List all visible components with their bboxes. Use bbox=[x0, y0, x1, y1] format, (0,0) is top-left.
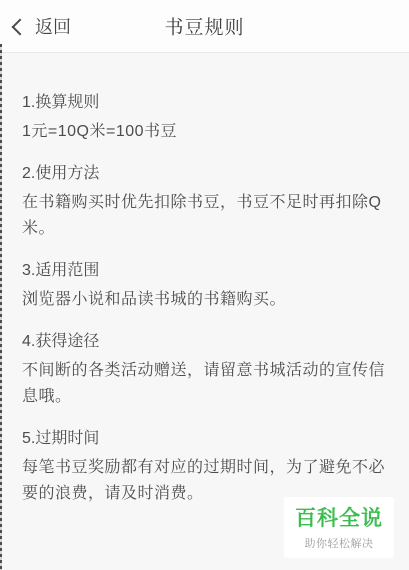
watermark-subtitle: 助你轻松解决 bbox=[295, 535, 383, 551]
back-button[interactable]: 返回 bbox=[0, 7, 81, 45]
page-title: 书豆规则 bbox=[164, 13, 244, 40]
left-edge-artifact bbox=[0, 44, 2, 570]
rule-heading: 5.过期时间 bbox=[22, 426, 389, 452]
watermark-badge: 百科全说 助你轻松解决 bbox=[284, 497, 394, 558]
app-bar: 返回 书豆规则 bbox=[0, 0, 409, 53]
rule-section: 3.适用范围 浏览器小说和品读书城的书籍购买。 bbox=[22, 258, 389, 313]
rule-heading: 3.适用范围 bbox=[22, 258, 389, 284]
rule-body: 在书籍购买时优先扣除书豆，书豆不足时再扣除Q米。 bbox=[22, 190, 389, 242]
watermark-title: 百科全说 bbox=[295, 502, 383, 532]
rule-section: 1.换算规则 1元=10Q米=100书豆 bbox=[22, 90, 389, 145]
rule-body: 浏览器小说和品读书城的书籍购买。 bbox=[22, 287, 389, 313]
rule-section: 4.获得途径 不间断的各类活动赠送，请留意书城活动的宣传信息哦。 bbox=[22, 329, 389, 410]
rule-heading: 4.获得途径 bbox=[22, 329, 389, 355]
rules-content: 1.换算规则 1元=10Q米=100书豆 2.使用方法 在书籍购买时优先扣除书豆… bbox=[0, 53, 409, 507]
rule-heading: 2.使用方法 bbox=[22, 161, 389, 187]
rule-body: 不间断的各类活动赠送，请留意书城活动的宣传信息哦。 bbox=[22, 358, 389, 410]
app-screen: 返回 书豆规则 1.换算规则 1元=10Q米=100书豆 2.使用方法 在书籍购… bbox=[0, 0, 409, 570]
rule-body: 1元=10Q米=100书豆 bbox=[22, 119, 389, 145]
rule-section: 5.过期时间 每笔书豆奖励都有对应的过期时间，为了避免不必要的浪费，请及时消费。 bbox=[22, 426, 389, 507]
rule-section: 2.使用方法 在书籍购买时优先扣除书豆，书豆不足时再扣除Q米。 bbox=[22, 161, 389, 242]
rule-heading: 1.换算规则 bbox=[22, 90, 389, 116]
back-label: 返回 bbox=[35, 13, 71, 39]
chevron-left-icon bbox=[12, 18, 29, 35]
